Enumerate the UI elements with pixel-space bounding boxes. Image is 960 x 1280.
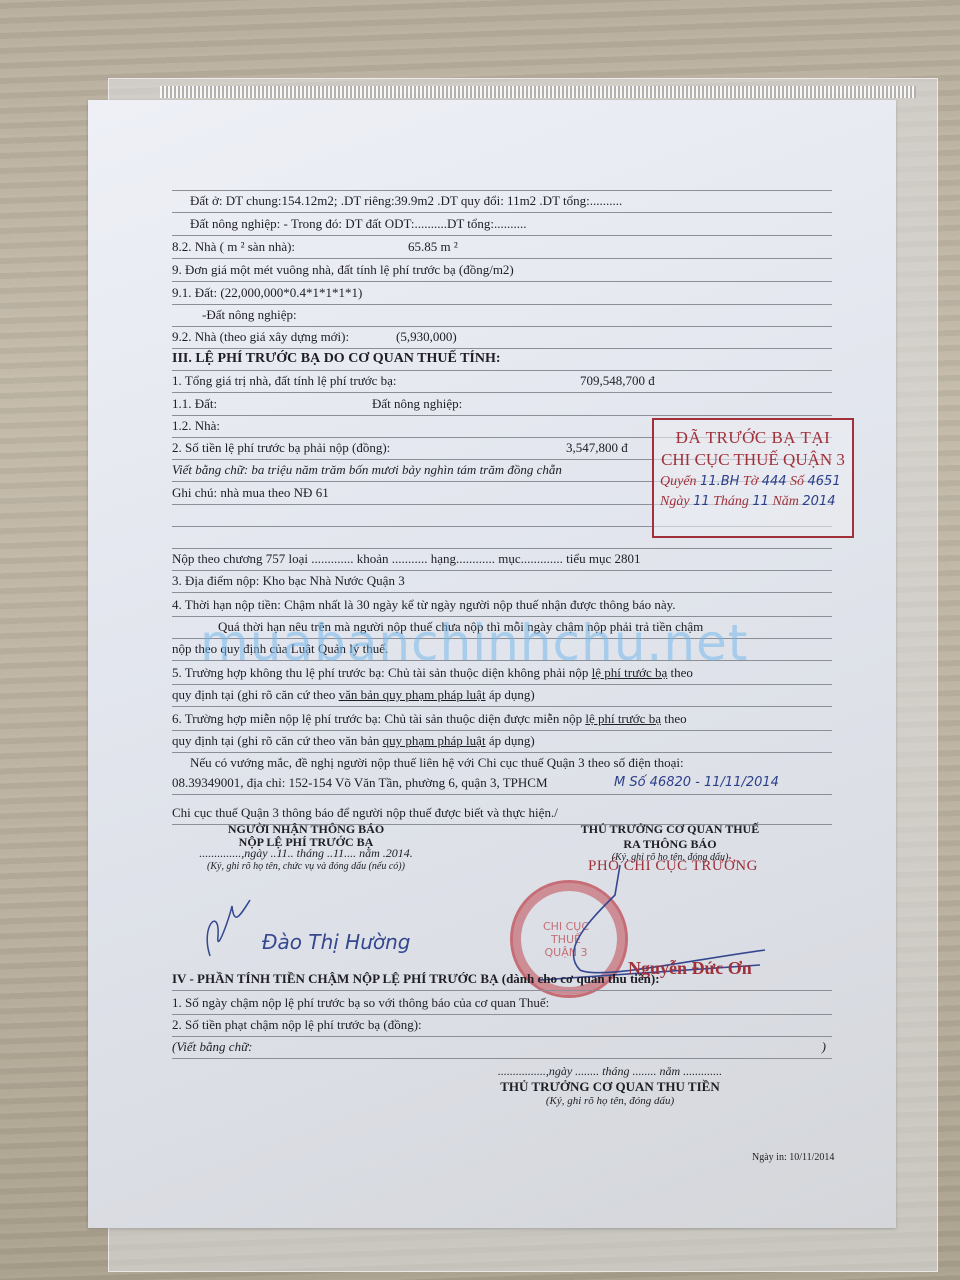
quy-dinh-5-text: quy định tại (ghi rõ căn cứ theo — [172, 687, 339, 702]
quy-dinh-6-text: quy định tại (ghi rõ căn cứ theo văn bản — [172, 733, 383, 748]
sleeve-zip-edge — [160, 86, 916, 98]
dat-1-1-label: 1.1. Đất: — [172, 396, 217, 411]
dat-nong-nghiep-1-1: Đất nông nghiệp: — [372, 393, 462, 415]
section-iv-item-2: 2. Số tiền phạt chậm nộp lệ phí trước bạ… — [172, 1014, 832, 1037]
line-tong-gia-tri: 1. Tổng giá trị nhà, đất tính lệ phí trư… — [172, 370, 832, 393]
line-truong-hop-6: 6. Trường hợp miễn nộp lệ phí trước bạ: … — [172, 708, 832, 731]
quy-dinh-5-tail: áp dụng) — [486, 687, 535, 702]
collector-date-line: ................,ngày ........ tháng ...… — [460, 1064, 760, 1079]
watermark: muabanchinhchu.net — [200, 614, 748, 672]
truong-hop-6-tail: theo — [661, 711, 687, 726]
receiver-handwritten-signature: Đào Thị Hường — [262, 930, 410, 954]
truong-hop-6-text: 6. Trường hợp miễn nộp lệ phí trước bạ: … — [172, 711, 585, 726]
line-dat-nong-nghiep: Đất nông nghiệp: - Trong đó: DT đất ODT:… — [172, 213, 832, 236]
stamp-to-label: Tờ — [743, 474, 758, 489]
section-iv-item-1: 1. Số ngày chậm nộp lệ phí trước bạ so v… — [172, 992, 832, 1015]
line-quy-dinh-6: quy định tại (ghi rõ căn cứ theo văn bản… — [172, 730, 832, 753]
line-dat-nong-nghiep-9: -Đất nông nghiệp: — [172, 304, 832, 327]
authority-title-2: RA THÔNG BÁO — [560, 837, 780, 852]
line-dia-diem: 3. Địa điểm nộp: Kho bạc Nhà Nước Quận 3 — [172, 570, 832, 593]
line-lien-he-2: 08.39349001, địa chỉ: 152-154 Võ Văn Tần… — [172, 772, 832, 795]
line-lien-he-1: Nếu có vướng mắc, đề nghị người nộp thuế… — [172, 752, 832, 774]
stamp-thang-label: Tháng — [713, 494, 749, 509]
stamp-line-2: CHI CỤC THUẾ QUẬN 3 — [654, 450, 852, 470]
stamp-nam-label: Năm — [772, 494, 798, 509]
tong-gia-tri-value: 709,548,700 đ — [580, 370, 655, 392]
collector-signature-block: ................,ngày ........ tháng ...… — [460, 1064, 760, 1107]
stamp-ngay-label: Ngày — [660, 494, 690, 509]
section-iii-heading: III. LỆ PHÍ TRƯỚC BẠ DO CƠ QUAN THUẾ TÍN… — [172, 348, 832, 371]
line-dat-9-1: 9.1. Đất: (22,000,000*0.4*1*1*1*1) — [172, 282, 832, 305]
stamp-so-value: 4651 — [808, 474, 841, 489]
handwritten-receipt-note: M Số 46820 - 11/11/2014 — [614, 772, 779, 794]
line-nha-9-2: 9.2. Nhà (theo giá xây dựng mới): (5,930… — [172, 326, 832, 349]
receiver-note: (Ký, ghi rõ họ tên, chức vụ và đóng dấu … — [176, 861, 436, 872]
top-rule — [172, 176, 832, 191]
section-iv-heading: IV - PHẦN TÍNH TIỀN CHẬM NỘP LỆ PHÍ TRƯỚ… — [172, 968, 832, 991]
so-tien-value: 3,547,800 đ — [566, 437, 628, 459]
nha-8-2-value: 65.85 m ² — [408, 236, 458, 258]
stamp-line-1: ĐÃ TRƯỚC BẠ TẠI — [654, 428, 852, 448]
receiver-date-line: ..............,ngày ..11.. tháng ..11...… — [176, 846, 436, 861]
line-nop-theo-chuong: Nộp theo chương 757 loại ............. k… — [172, 548, 832, 571]
line-quy-dinh-5: quy định tại (ghi rõ căn cứ theo văn bản… — [172, 684, 832, 707]
stamp-book-line: Quyển 11.BH Tờ 444 Số 4651 — [654, 474, 852, 490]
collector-title: THỦ TRƯỞNG CƠ QUAN THU TIỀN — [460, 1079, 760, 1095]
stamp-nam-value: 2014 — [802, 494, 835, 509]
section-iv-viet-bang-chu: (Viết bằng chữ: ) — [172, 1036, 832, 1059]
section-iv-words-label: (Viết bằng chữ: — [172, 1039, 253, 1054]
stamp-ngay-value: 11 — [693, 494, 710, 509]
authority-signature-block: THỦ TRƯỞNG CƠ QUAN THUẾ RA THÔNG BÁO (Ký… — [560, 822, 780, 863]
authority-title-1: THỦ TRƯỞNG CƠ QUAN THUẾ — [560, 822, 780, 837]
line-dat-1-1: 1.1. Đất: Đất nông nghiệp: — [172, 393, 832, 416]
truong-hop-6-underlined: lệ phí trước bạ — [585, 711, 661, 726]
collector-note: (Ký, ghi rõ họ tên, đóng dấu) — [460, 1095, 760, 1107]
stamp-to-value: 444 — [762, 474, 787, 489]
stamp-date-line: Ngày 11 Tháng 11 Năm 2014 — [654, 494, 852, 510]
receiver-initials-signature-icon — [200, 896, 260, 966]
quy-dinh-6-underlined: quy phạm pháp luật — [383, 733, 486, 748]
registration-stamp: ĐÃ TRƯỚC BẠ TẠI CHI CỤC THUẾ QUẬN 3 Quyể… — [652, 418, 854, 538]
nha-9-2-label: 9.2. Nhà (theo giá xây dựng mới): — [172, 329, 349, 344]
line-nha-8-2: 8.2. Nhà ( m ² sàn nhà): 65.85 m ² — [172, 236, 832, 259]
section-iv-close-paren: ) — [822, 1036, 826, 1058]
lien-he-address: 08.39349001, địa chỉ: 152-154 Võ Văn Tần… — [172, 775, 548, 790]
print-date: Ngày in: 10/11/2014 — [752, 1152, 834, 1163]
receiver-signature-block: NGƯỜI NHẬN THÔNG BÁO NỘP LỆ PHÍ TRƯỚC BẠ… — [176, 822, 436, 872]
so-tien-label: 2. Số tiền lệ phí trước bạ phải nộp (đồn… — [172, 440, 390, 455]
stamp-quyen-label: Quyển — [660, 474, 697, 489]
tong-gia-tri-label: 1. Tổng giá trị nhà, đất tính lệ phí trư… — [172, 373, 397, 388]
stamp-so-label: Số — [790, 474, 804, 489]
line-don-gia: 9. Đơn giá một mét vuông nhà, đất tính l… — [172, 259, 832, 282]
quy-dinh-5-underlined: văn bản quy phạm pháp luật — [339, 687, 486, 702]
line-dat-o: Đất ở: DT chung:154.12m2; .DT riêng:39.9… — [172, 190, 832, 213]
nha-9-2-value: (5,930,000) — [396, 326, 457, 348]
stamp-thang-value: 11 — [752, 494, 769, 509]
stamp-quyen-value: 11.BH — [700, 474, 739, 489]
quy-dinh-6-tail: áp dụng) — [486, 733, 535, 748]
nha-8-2-label: 8.2. Nhà ( m ² sàn nhà): — [172, 239, 295, 254]
